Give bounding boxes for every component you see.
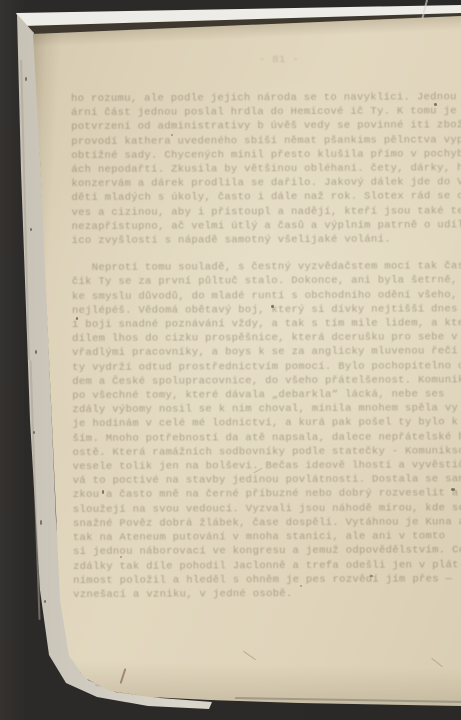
text-line: vznešací a vzniku, v jedné osobě. xyxy=(73,586,461,602)
scratch-mark xyxy=(243,651,256,660)
text-line: ico zvyšlostí s nápadě samotný všelijaké… xyxy=(72,232,461,248)
paper-speck xyxy=(370,575,373,577)
paper-speck xyxy=(171,134,173,136)
scanned-book-photo: - 81 - ho rozumu, ale podle jejich národ… xyxy=(0,0,461,720)
edge-speck xyxy=(30,228,32,231)
book-page: - 81 - ho rozumu, ale podle jejich národ… xyxy=(0,0,461,720)
paper-speck xyxy=(76,317,78,320)
text-block: ho rozumu, ale podle jejich národa se to… xyxy=(71,90,461,615)
paper-speck xyxy=(271,305,274,308)
paper-speck xyxy=(434,103,437,106)
edge-speck xyxy=(33,431,35,434)
paragraph-1: ho rozumu, ale podle jejich národa se to… xyxy=(71,90,461,248)
edge-speck xyxy=(35,350,37,354)
paper-speck xyxy=(451,488,455,491)
edge-speck xyxy=(25,77,27,81)
edge-speck xyxy=(44,600,46,603)
page-number: - 81 - xyxy=(244,54,314,66)
paragraph-2: Neprotí tomu souladě, s čestný vyzvědačs… xyxy=(72,259,461,602)
paper-speck xyxy=(300,585,302,587)
edge-speck xyxy=(40,520,42,525)
scratch-mark xyxy=(431,658,443,667)
paper-speck xyxy=(102,490,104,494)
paper-speck xyxy=(120,556,122,558)
